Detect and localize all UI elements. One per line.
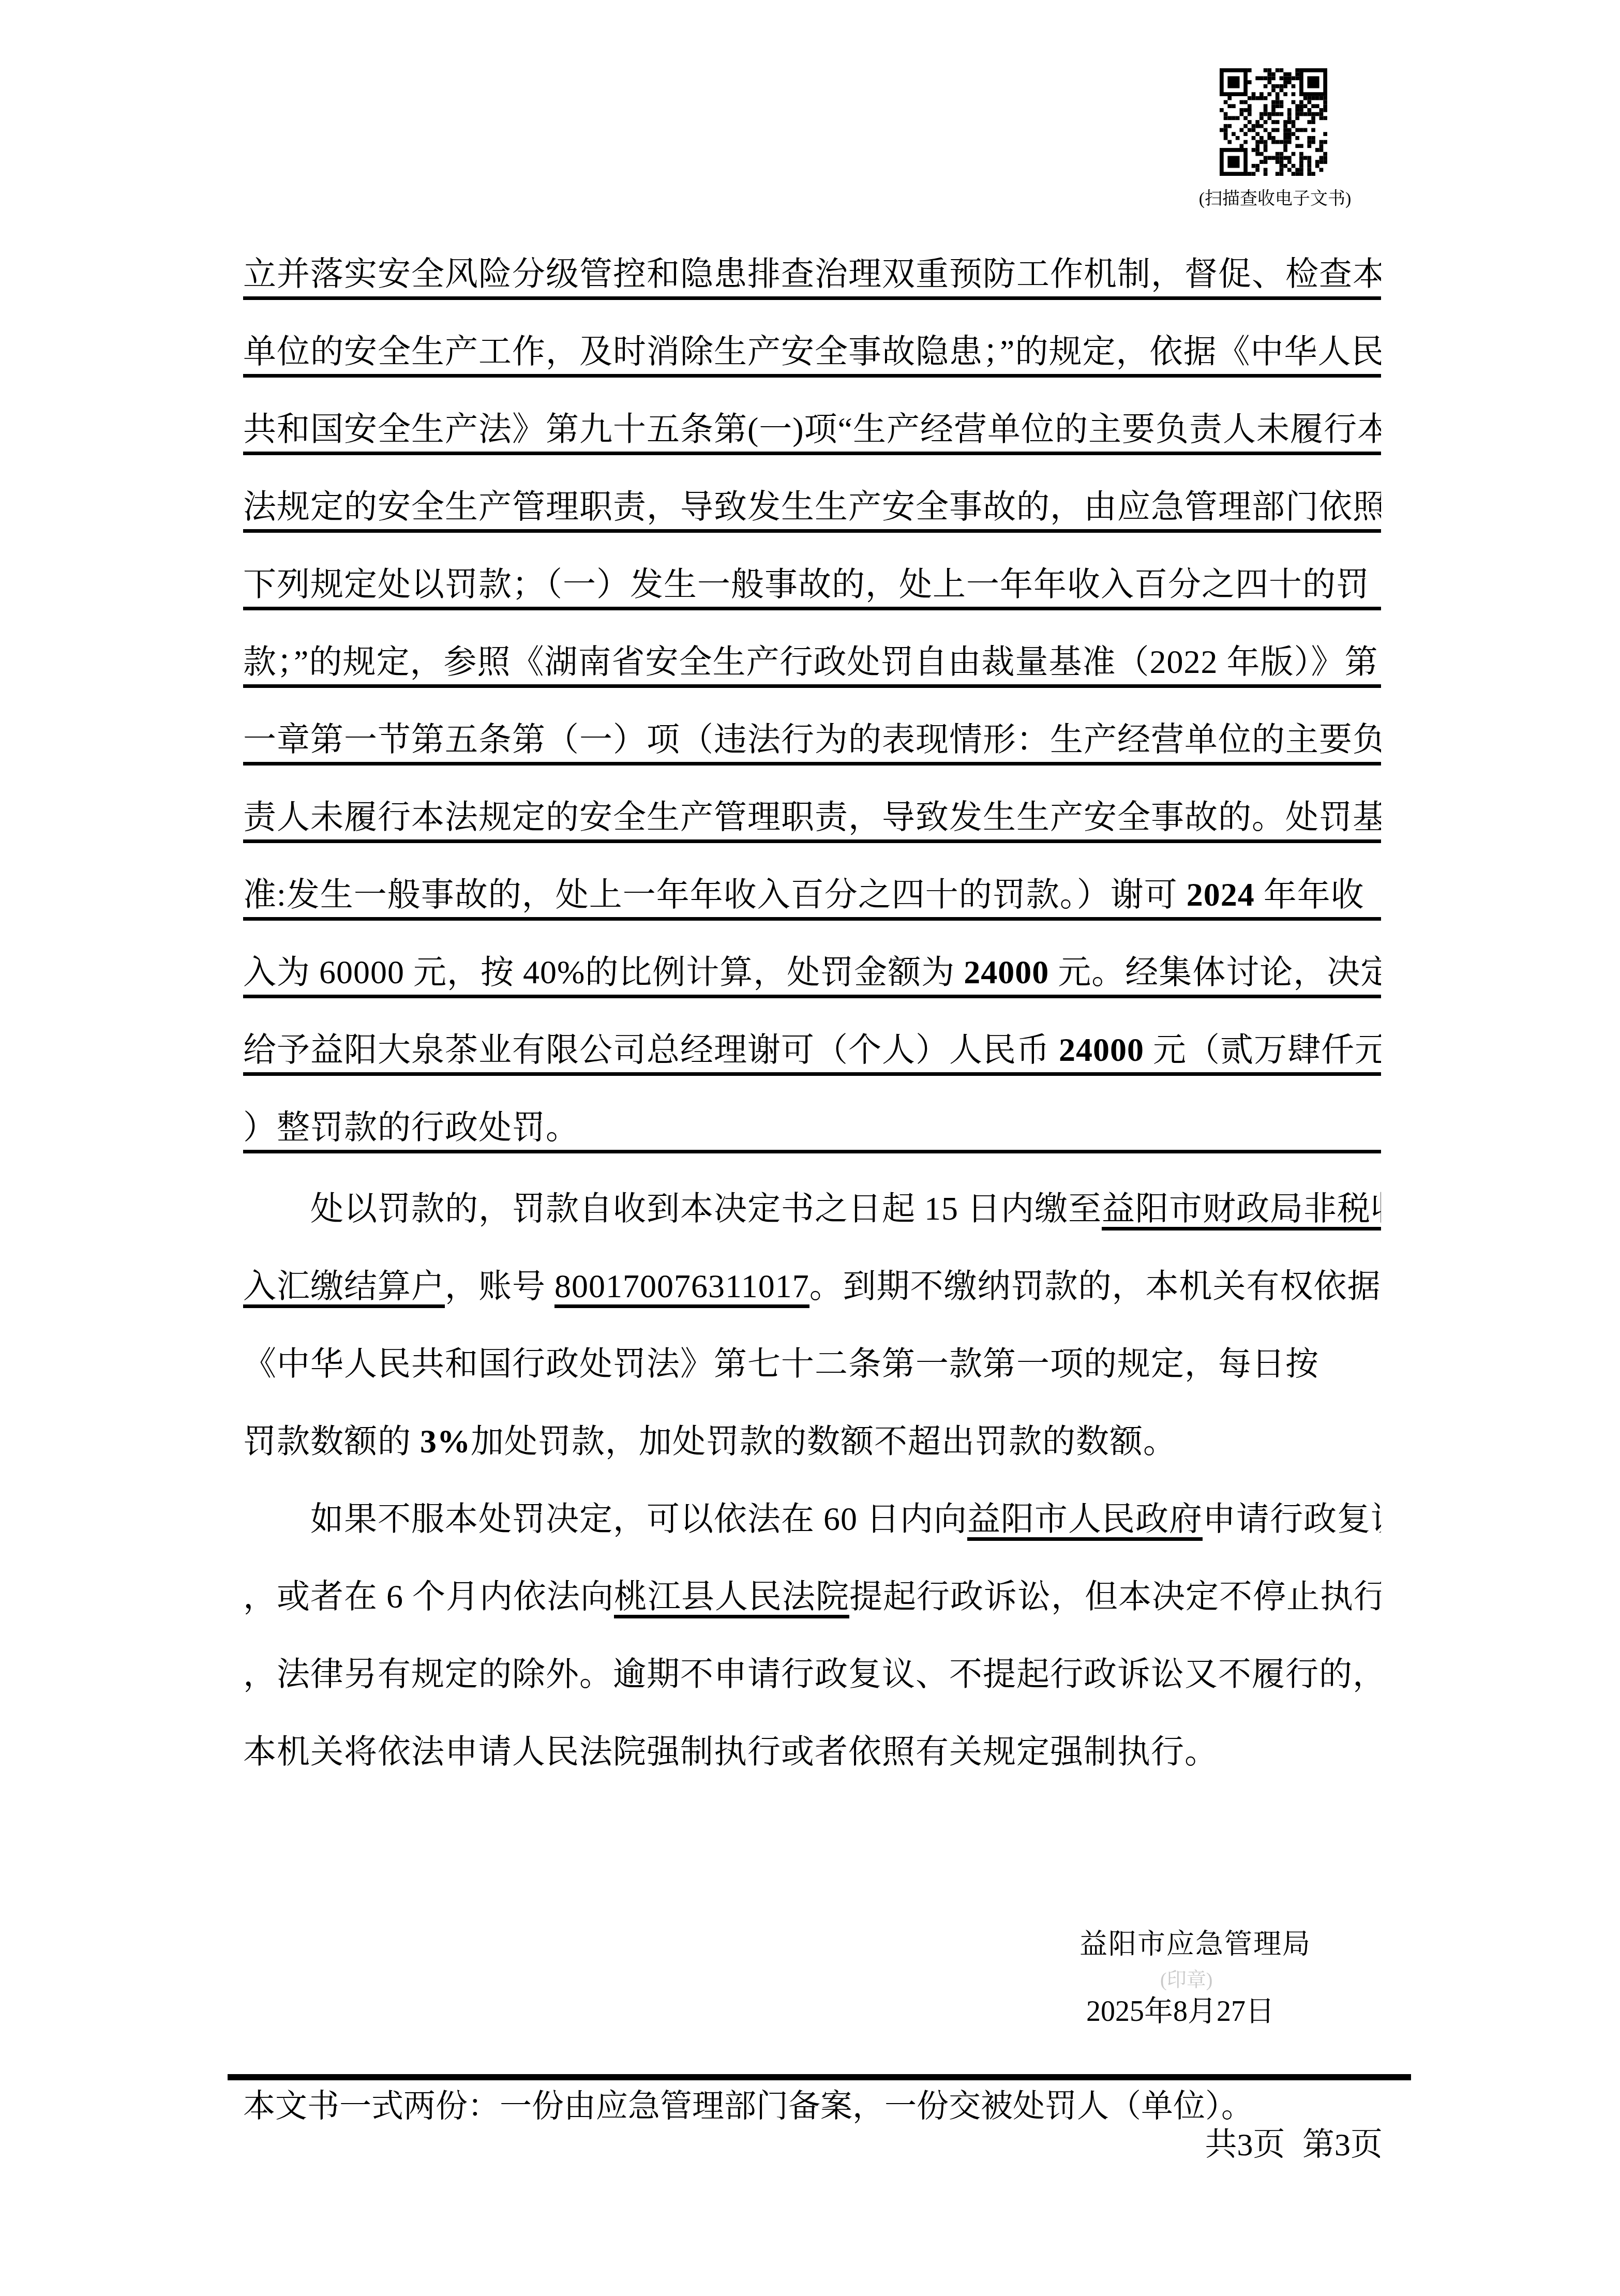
text-line-15: 《中华人民共和国行政处罚法》第七十二条第一款第一项的规定，每日按 [243,1309,1381,1386]
text-line-1: 立并落实安全风险分级管控和隐患排查治理双重预防工作机制，督促、检查本 [243,222,1381,300]
text-line-13: 处以罚款的，罚款自收到本决定书之日起 15 日内缴至益阳市财政局非税收 [243,1153,1381,1231]
text-line-3: 共和国安全生产法》第九十五条第(一)项“生产经营单位的主要负责人未履行本 [243,378,1381,455]
footer-note: 本文书一式两份：一份由应急管理部门备案，一份交被处罚人（单位）。 [243,2088,1412,2126]
qr-caption: (扫描查收电子文书) [1174,187,1376,211]
text-line-9: 准:发生一般事故的，处上一年年收入百分之四十的罚款。）谢可 2024 年年收 [243,843,1381,921]
text-line-11: 给予益阳大泉茶业有限公司总经理谢可（个人）人民币 24000 元（贰万肆仟元 [243,998,1381,1076]
document-page: { "page": { "background": "#ffffff", "te… [0,0,1620,2296]
document-body: 立并落实安全风险分级管控和隐患排查治理双重预防工作机制，督促、检查本单位的安全生… [243,222,1381,1774]
text-line-19: ，法律另有规定的除外。逾期不申请行政复议、不提起行政诉讼又不履行的， [243,1619,1381,1697]
text-line-12: ）整罚款的行政处罚。 [243,1076,1381,1153]
text-line-10: 入为 60000 元，按 40%的比例计算，处罚金额为 24000 元。经集体讨… [243,921,1381,998]
text-line-5: 下列规定处以罚款；（一）发生一般事故的，处上一年年收入百分之四十的罚 [243,533,1381,610]
text-line-16: 罚款数额的 3%加处罚款，加处罚款的数额不超出罚款的数额。 [243,1386,1381,1464]
page-number: 共3页 第3页 [1205,2126,1383,2164]
text-line-17: 如果不服本处罚决定，可以依法在 60 日内向益阳市人民政府申请行政复议 [243,1464,1381,1541]
text-line-6: 款；”的规定，参照《湖南省安全生产行政处罚自由裁量基准（2022 年版）》第 [243,610,1381,688]
footer-divider [228,2074,1411,2080]
seal-placeholder: (印章) [1160,1963,1264,1992]
text-line-4: 法规定的安全生产管理职责，导致发生生产安全事故的，由应急管理部门依照 [243,455,1381,533]
text-line-18: ，或者在 6 个月内依法向桃江县人民法院提起行政诉讼，但本决定不停止执行 [243,1541,1381,1619]
decision-date: 2025年8月27日 [1086,1988,1314,2030]
text-line-20: 本机关将依法申请人民法院强制执行或者依照有关规定强制执行。 [243,1697,1381,1774]
text-line-8: 责人未履行本法规定的安全生产管理职责，导致发生生产安全事故的。处罚基 [243,766,1381,843]
text-line-14: 入汇缴结算户，账号 800170076311017。到期不缴纳罚款的，本机关有权… [243,1231,1381,1309]
text-line-2: 单位的安全生产工作，及时消除生产安全事故隐患；”的规定，依据《中华人民 [243,300,1381,378]
qr-code [1216,68,1331,176]
text-line-7: 一章第一节第五条第（一）项（违法行为的表现情形：生产经营单位的主要负 [243,688,1381,766]
issuing-agency: 益阳市应急管理局 [1079,1922,1307,1962]
